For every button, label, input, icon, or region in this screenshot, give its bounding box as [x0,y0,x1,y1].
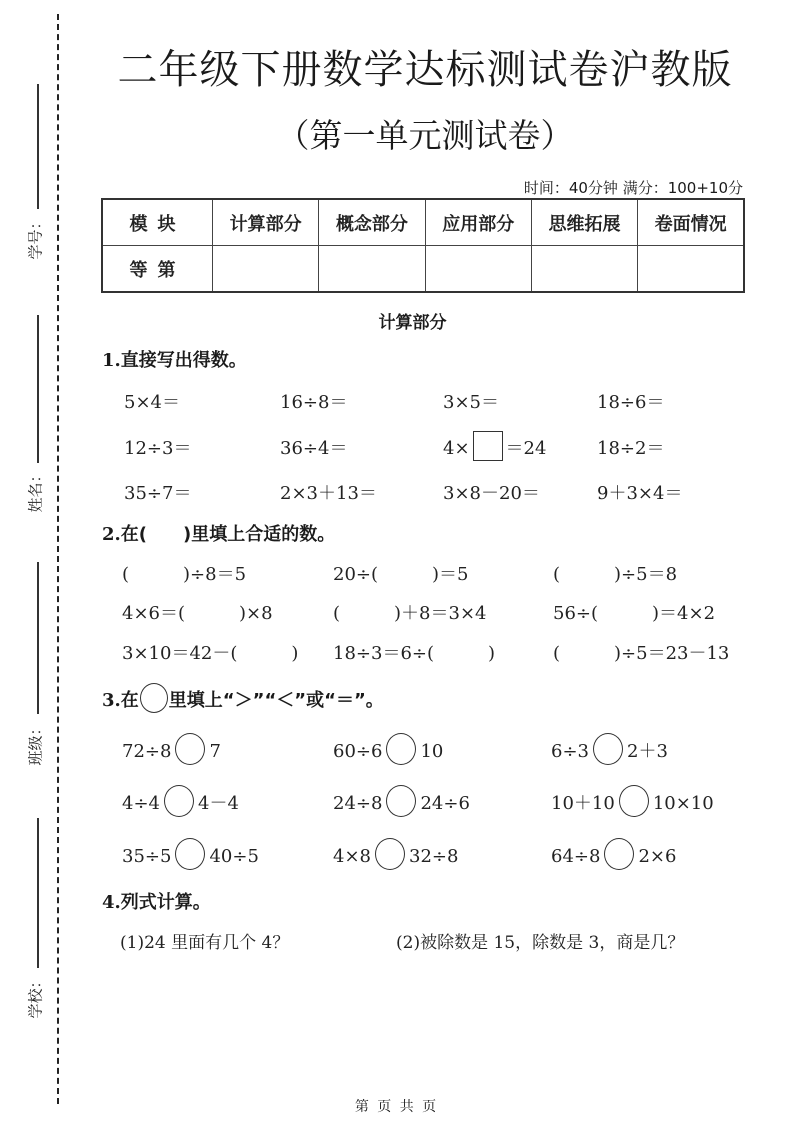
compare-right: 4－4 [198,793,239,814]
compare-left: 72÷8 [122,741,171,762]
score-header-cell: 卷面情况 [638,199,744,246]
question-number: 4. [102,892,121,913]
fill-blank-item[interactable]: ( )÷8＝5 [122,560,246,586]
question-text: 里填上“＞”“＜”或“＝”。 [169,690,384,711]
fill-blank-item[interactable]: 20÷( )＝5 [333,560,468,586]
compare-right: 10 [420,741,443,762]
school-field[interactable]: 学校： [20,818,50,1033]
student-number-label: 学号： [25,230,46,260]
compare-circle[interactable] [619,785,649,817]
school-underline [37,818,39,968]
question-text: 直接写出得数。 [121,350,247,371]
question-4-title: 4.列式计算。 [102,888,211,914]
calc-item[interactable]: 2×3＋13＝ [280,479,377,505]
calc-item[interactable]: 9＋3×4＝ [597,479,682,505]
compare-left: 4÷4 [122,793,160,814]
question-text: 在 [121,690,139,711]
class-underline [37,562,39,714]
compare-left: 24÷8 [333,793,382,814]
calc-item[interactable]: 35÷7＝ [124,479,191,505]
question-number: 3. [102,690,121,711]
calc-item[interactable]: 3×5＝ [443,388,499,414]
compare-left: 35÷5 [122,846,171,867]
calc-item[interactable]: 5×4＝ [124,388,180,414]
section-heading: 计算部分 [0,308,793,333]
grade-label-cell: 等第 [102,246,213,293]
compare-right: 24÷6 [420,793,469,814]
box-before-text: 4× [443,438,470,459]
school-label: 学校： [25,989,46,1019]
compare-item: 4÷44－4 [122,788,239,820]
question-text: 列式计算。 [121,892,211,913]
calc-item-with-box[interactable]: 4×＝24 [443,434,546,464]
score-table: 模块 计算部分 概念部分 应用部分 思维拓展 卷面情况 等第 [101,198,745,293]
word-problem-1: (1)24 里面有几个 4？ [120,928,289,953]
page-footer: 第 页 共 页 [0,1096,793,1116]
question-2-title: 2.在( )里填上合适的数。 [102,520,335,546]
question-number: 1. [102,350,121,371]
calc-item[interactable]: 3×8－20＝ [443,479,540,505]
compare-right: 40÷5 [209,846,258,867]
question-1-title: 1.直接写出得数。 [102,346,247,372]
calc-item[interactable]: 18÷6＝ [597,388,664,414]
grade-input-cell[interactable] [638,246,744,293]
compare-left: 64÷8 [551,846,600,867]
score-table-header-row: 模块 计算部分 概念部分 应用部分 思维拓展 卷面情况 [102,199,744,246]
compare-circle[interactable] [375,838,405,870]
fill-blank-item[interactable]: ( )÷5＝8 [553,560,677,586]
compare-item: 35÷540÷5 [122,841,259,873]
box-after-text: ＝24 [506,438,547,459]
compare-item: 72÷87 [122,736,221,768]
compare-right: 2×6 [638,846,676,867]
page-title: 二年级下册数学达标测试卷沪教版 [0,38,793,95]
calc-item[interactable]: 18÷2＝ [597,434,664,460]
compare-right: 32÷8 [409,846,458,867]
compare-circle[interactable] [164,785,194,817]
exam-time-and-score: 时间：40分钟 满分：100+10分 [524,177,743,198]
compare-circle[interactable] [175,733,205,765]
fill-blank-item[interactable]: ( )＋8＝3×4 [333,599,486,625]
calc-item[interactable]: 36÷4＝ [280,434,347,460]
compare-item: 24÷824÷6 [333,788,470,820]
fill-blank-item[interactable]: ( )÷5＝23－13 [553,639,729,665]
class-label: 班级： [25,736,46,766]
name-field[interactable]: 姓名： [20,315,50,510]
compare-left: 60÷6 [333,741,382,762]
question-3-title: 3.在里填上“＞”“＜”或“＝”。 [102,686,384,716]
fill-blank-item[interactable]: 56÷( )＝4×2 [553,599,715,625]
compare-circle[interactable] [175,838,205,870]
compare-item: 4×832÷8 [333,841,458,873]
name-underline [37,315,39,463]
compare-item: 64÷82×6 [551,841,676,873]
compare-circle[interactable] [386,733,416,765]
binding-dashed-line [57,14,59,1104]
score-header-cell: 计算部分 [213,199,319,246]
name-label: 姓名： [25,483,46,513]
compare-circle[interactable] [593,733,623,765]
grade-input-cell[interactable] [531,246,637,293]
compare-item: 6÷32＋3 [551,736,668,768]
compare-right: 10×10 [653,793,714,814]
class-field[interactable]: 班级： [20,562,50,762]
compare-circle[interactable] [386,785,416,817]
fill-blank-item[interactable]: 3×10＝42－( ) [122,639,298,665]
circle-icon [140,683,168,713]
score-header-cell: 应用部分 [425,199,531,246]
score-table-grade-row: 等第 [102,246,744,293]
compare-left: 6÷3 [551,741,589,762]
calc-item[interactable]: 12÷3＝ [124,434,191,460]
score-header-cell: 概念部分 [319,199,425,246]
compare-item: 10＋1010×10 [551,788,714,820]
grade-input-cell[interactable] [213,246,319,293]
word-problem-2: (2)被除数是 15，除数是 3，商是几？ [396,928,684,953]
grade-input-cell[interactable] [319,246,425,293]
compare-left: 10＋10 [551,793,615,814]
fill-blank-item[interactable]: 18÷3＝6÷( ) [333,639,495,665]
compare-circle[interactable] [604,838,634,870]
compare-right: 7 [209,741,220,762]
calc-item[interactable]: 16÷8＝ [280,388,347,414]
grade-input-cell[interactable] [425,246,531,293]
score-header-cell: 模块 [102,199,213,246]
fill-blank-item[interactable]: 4×6＝( )×8 [122,599,273,625]
compare-left: 4×8 [333,846,371,867]
answer-box[interactable] [473,431,503,461]
page-subtitle: （第一单元测试卷） [0,110,793,157]
compare-right: 2＋3 [627,741,668,762]
question-text: 在( )里填上合适的数。 [121,524,335,545]
compare-item: 60÷610 [333,736,443,768]
question-number: 2. [102,524,121,545]
score-header-cell: 思维拓展 [531,199,637,246]
